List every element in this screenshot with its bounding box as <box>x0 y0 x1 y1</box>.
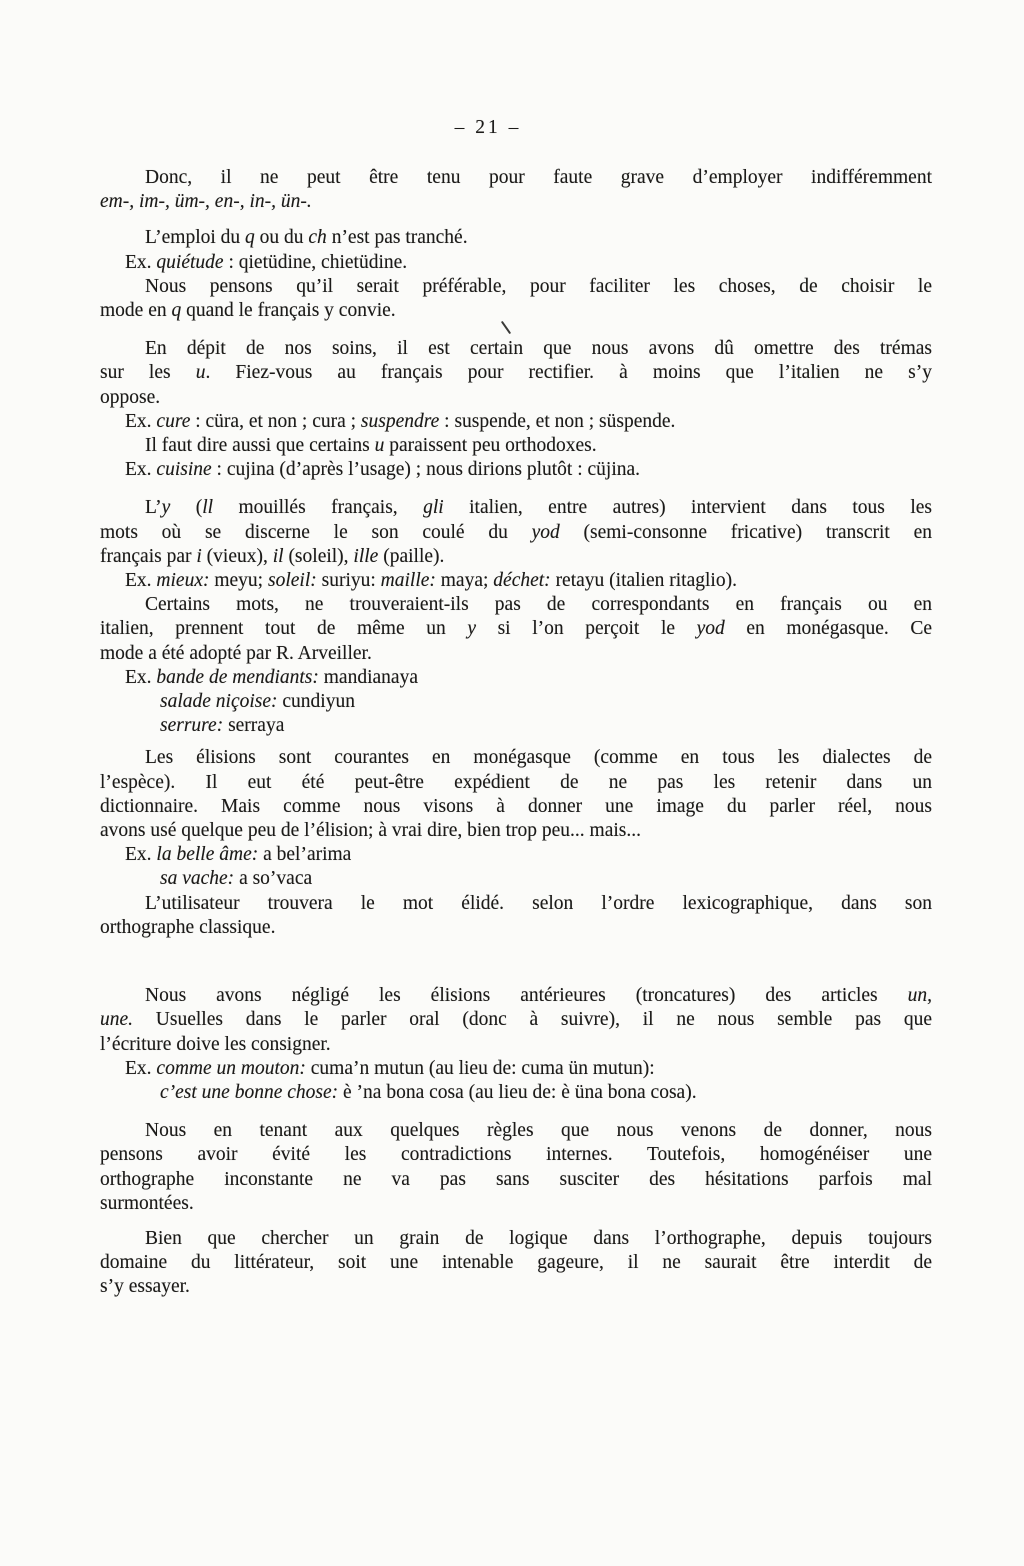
text-line: une. Usuelles dans le parler oral (donc … <box>100 1008 932 1032</box>
text-line: En dépit de nos soins, il est certain qu… <box>100 337 932 361</box>
italic-text-run: c’est une bonne chose: <box>160 1082 338 1103</box>
italic-text-run: déchet: <box>493 570 550 591</box>
text-run: mandianaya <box>319 667 418 688</box>
italic-text-run: mieux: <box>156 570 209 591</box>
text-line: Ex. la belle âme: a bel’arima <box>100 843 932 867</box>
italic-text-run: y <box>162 497 171 518</box>
text-line: avons usé quelque peu de l’élision; à vr… <box>100 819 932 843</box>
text-run: si l’on perçoit le <box>476 618 697 639</box>
paragraph-elisions: Les élisions sont courantes en monégasqu… <box>100 746 932 940</box>
italic-text-run: em-, im-, üm-, en-, in-, ün-. <box>100 191 312 212</box>
italic-text-run: bande de mendiants: <box>156 667 318 688</box>
text-run: : qietüdine, chietüdine. <box>224 252 408 273</box>
text-line: dictionnaire. Mais comme nous visons à d… <box>100 795 932 819</box>
text-line: mode en q quand le français y convie. <box>100 299 932 323</box>
text-run: Ex. <box>125 844 156 865</box>
text-run: Certains mots, ne trouveraient-ils pas d… <box>145 594 932 615</box>
page-number: – 21 – <box>72 116 904 140</box>
italic-text-run: un, <box>908 985 932 1006</box>
paragraph-tremas: En dépit de nos soins, il est certain qu… <box>100 337 932 482</box>
paragraph-troncatures: Nous avons négligé les élisions antérieu… <box>100 984 932 1105</box>
text-run: avons usé quelque peu de l’élision; à vr… <box>100 820 641 841</box>
text-run: orthographe classique. <box>100 917 275 938</box>
text-run: meyu; <box>209 570 268 591</box>
text-run: (soleil), <box>284 546 354 567</box>
paragraph-q-ou-ch: L’emploi du q ou du ch n’est pas tranché… <box>100 226 932 323</box>
text-line: Bien que chercher un grain de logique da… <box>100 1227 932 1251</box>
text-run: sur les <box>100 362 196 383</box>
text-line: l’écriture doive les consigner. <box>100 1033 932 1057</box>
text-line: pensons avoir évité les contradictions i… <box>100 1143 932 1167</box>
text-line: L’y (ll mouillés français, gli italien, … <box>100 496 932 520</box>
text-line: mode a été adopté par R. Arveiller. <box>100 642 932 666</box>
text-run: retayu (italien ritaglio). <box>551 570 737 591</box>
text-run: Ex. <box>125 459 156 480</box>
text-run: oppose. <box>100 387 160 408</box>
text-line: français par i (vieux), il (soleil), ill… <box>100 545 932 569</box>
text-run: (semi-consonne fricative) transcrit en <box>560 522 932 543</box>
paragraph-intro-prefixes: Donc, il ne peut être tenu pour faute gr… <box>100 166 932 214</box>
italic-text-run: yod <box>697 618 725 639</box>
text-run: pensons avoir évité les contradictions i… <box>100 1144 932 1165</box>
text-run: n’est pas tranché. <box>327 227 468 248</box>
text-run: Les élisions sont courantes en monégasqu… <box>145 747 932 768</box>
text-line: Les élisions sont courantes en monégasqu… <box>100 746 932 770</box>
paragraph-regles: Nous en tenant aux quelques règles que n… <box>100 1119 932 1216</box>
text-line: italien, prennent tout de même un y si l… <box>100 617 932 641</box>
text-line: mots où se discerne le son coulé du yod … <box>100 521 932 545</box>
italic-text-run: ll <box>202 497 213 518</box>
italic-text-run: suspendre <box>361 411 439 432</box>
text-line: Ex. cure : cüra, et non ; cura ; suspend… <box>100 410 932 434</box>
text-line: Il faut dire aussi que certains u parais… <box>100 434 932 458</box>
text-run: italien, prennent tout de même un <box>100 618 467 639</box>
text-line: sa vache: a so’vaca <box>100 867 932 891</box>
text-line: serrure: serraya <box>100 714 932 738</box>
text-line: surmontées. <box>100 1192 932 1216</box>
text-line: Ex. mieux: meyu; soleil: suriyu: maille:… <box>100 569 932 593</box>
text-line: L’utilisateur trouvera le mot élidé. sel… <box>100 892 932 916</box>
text-run: ( <box>170 497 202 518</box>
document-content: Donc, il ne peut être tenu pour faute gr… <box>100 166 932 1300</box>
text-line: Nous avons négligé les élisions antérieu… <box>100 984 932 1008</box>
text-run: quand le français y convie. <box>181 300 395 321</box>
text-line: Nous en tenant aux quelques règles que n… <box>100 1119 932 1143</box>
text-line: L’emploi du q ou du ch n’est pas tranché… <box>100 226 932 250</box>
text-run: Nous pensons qu’il serait préférable, po… <box>145 276 932 297</box>
text-run: : cujina (d’après l’usage) ; nous dirion… <box>212 459 640 480</box>
text-run: orthographe inconstante ne va pas sans s… <box>100 1169 932 1190</box>
text-run: L’ <box>145 497 162 518</box>
text-run: dictionnaire. Mais comme nous visons à d… <box>100 796 932 817</box>
text-line: s’y essayer. <box>100 1275 932 1299</box>
text-line: l’espèce). Il eut été peut-être expédien… <box>100 771 932 795</box>
text-line: domaine du littérateur, soit une intenab… <box>100 1251 932 1275</box>
italic-text-run: serrure: <box>160 715 223 736</box>
text-run: Ex. <box>125 411 156 432</box>
text-run: : cüra, et non ; cura ; <box>190 411 361 432</box>
text-run: è ’na bona cosa (au lieu de: è üna bona … <box>338 1082 696 1103</box>
text-run: paraissent peu orthodoxes. <box>384 435 596 456</box>
text-run: mouillés français, <box>213 497 423 518</box>
text-line: sur les u. Fiez-vous au français pour re… <box>100 361 932 385</box>
text-run: (vieux), <box>202 546 273 567</box>
italic-text-run: ille <box>353 546 378 567</box>
text-line: Nous pensons qu’il serait préférable, po… <box>100 275 932 299</box>
text-run: a so’vaca <box>234 868 312 889</box>
text-run: L’emploi du <box>145 227 245 248</box>
text-run: serraya <box>223 715 284 736</box>
italic-text-run: u <box>375 435 385 456</box>
text-run: Ex. <box>125 667 156 688</box>
text-line: salade niçoise: cundiyun <box>100 690 932 714</box>
text-run: en monégasque. Ce <box>725 618 932 639</box>
text-run: Donc, il ne peut être tenu pour faute gr… <box>145 167 932 188</box>
text-run: En dépit de nos soins, il est certain qu… <box>145 338 932 359</box>
italic-text-run: il <box>273 546 284 567</box>
text-line: em-, im-, üm-, en-, in-, ün-. <box>100 190 932 214</box>
text-run: : suspende, et non ; süspende. <box>439 411 675 432</box>
text-run: Ex. <box>125 1058 156 1079</box>
italic-text-run: sa vache: <box>160 868 234 889</box>
text-line: Donc, il ne peut être tenu pour faute gr… <box>100 166 932 190</box>
italic-text-run: y <box>467 618 476 639</box>
text-run: Nous en tenant aux quelques règles que n… <box>145 1120 932 1141</box>
text-run: surmontées. <box>100 1193 194 1214</box>
text-run: . Fiez-vous au français pour rectifier. … <box>205 362 932 383</box>
text-run: mots où se discerne le son coulé du <box>100 522 532 543</box>
text-run: (paille). <box>378 546 444 567</box>
text-line: orthographe classique. <box>100 916 932 940</box>
text-run: français par <box>100 546 196 567</box>
text-line: Certains mots, ne trouveraient-ils pas d… <box>100 593 932 617</box>
italic-text-run: soleil: <box>268 570 317 591</box>
italic-text-run: cuisine <box>156 459 211 480</box>
text-run: Il faut dire aussi que certains <box>145 435 375 456</box>
italic-text-run: la belle âme: <box>156 844 258 865</box>
text-run: cundiyun <box>278 691 355 712</box>
italic-text-run: comme un mouton: <box>156 1058 305 1079</box>
italic-text-run: u <box>196 362 206 383</box>
text-line: Ex. bande de mendiants: mandianaya <box>100 666 932 690</box>
italic-text-run: une. <box>100 1009 133 1030</box>
text-run: l’espèce). Il eut été peut-être expédien… <box>100 772 932 793</box>
text-line: Ex. cuisine : cujina (d’après l’usage) ;… <box>100 458 932 482</box>
text-run: l’écriture doive les consigner. <box>100 1034 331 1055</box>
italic-text-run: salade niçoise: <box>160 691 278 712</box>
text-run: italien, entre autres) intervient dans t… <box>444 497 932 518</box>
text-run: cuma’n mutun (au lieu de: cuma ün mutun)… <box>306 1058 655 1079</box>
italic-text-run: ch <box>308 227 326 248</box>
text-run: Usuelles dans le parler oral (donc à sui… <box>133 1009 932 1030</box>
italic-text-run: quiétude <box>156 252 223 273</box>
text-run: mode a été adopté par R. Arveiller. <box>100 643 372 664</box>
text-run: maya; <box>436 570 493 591</box>
text-run: Nous avons négligé les élisions antérieu… <box>145 985 908 1006</box>
text-run: mode en <box>100 300 171 321</box>
text-line: c’est une bonne chose: è ’na bona cosa (… <box>100 1081 932 1105</box>
text-run: suriyu: <box>317 570 381 591</box>
text-run: domaine du littérateur, soit une intenab… <box>100 1252 932 1273</box>
text-run: Ex. <box>125 252 156 273</box>
text-run: Bien que chercher un grain de logique da… <box>145 1228 932 1249</box>
text-line: oppose. <box>100 386 932 410</box>
text-line: Ex. quiétude : qietüdine, chietüdine. <box>100 251 932 275</box>
text-line: Ex. comme un mouton: cuma’n mutun (au li… <box>100 1057 932 1081</box>
text-run: ou du <box>255 227 309 248</box>
document-page: – 21 – Donc, il ne peut être tenu pour f… <box>0 0 1024 1566</box>
italic-text-run: q <box>171 300 181 321</box>
paragraph-gageure: Bien que chercher un grain de logique da… <box>100 1227 932 1300</box>
text-run: Ex. <box>125 570 156 591</box>
text-run: L’utilisateur trouvera le mot élidé. sel… <box>145 893 932 914</box>
italic-text-run: yod <box>532 522 560 543</box>
paragraph-yod: L’y (ll mouillés français, gli italien, … <box>100 496 932 738</box>
text-run: s’y essayer. <box>100 1276 190 1297</box>
italic-text-run: maille: <box>381 570 436 591</box>
italic-text-run: gli <box>423 497 444 518</box>
text-line: orthographe inconstante ne va pas sans s… <box>100 1168 932 1192</box>
italic-text-run: cure <box>156 411 190 432</box>
italic-text-run: q <box>245 227 255 248</box>
text-run: a bel’arima <box>258 844 351 865</box>
